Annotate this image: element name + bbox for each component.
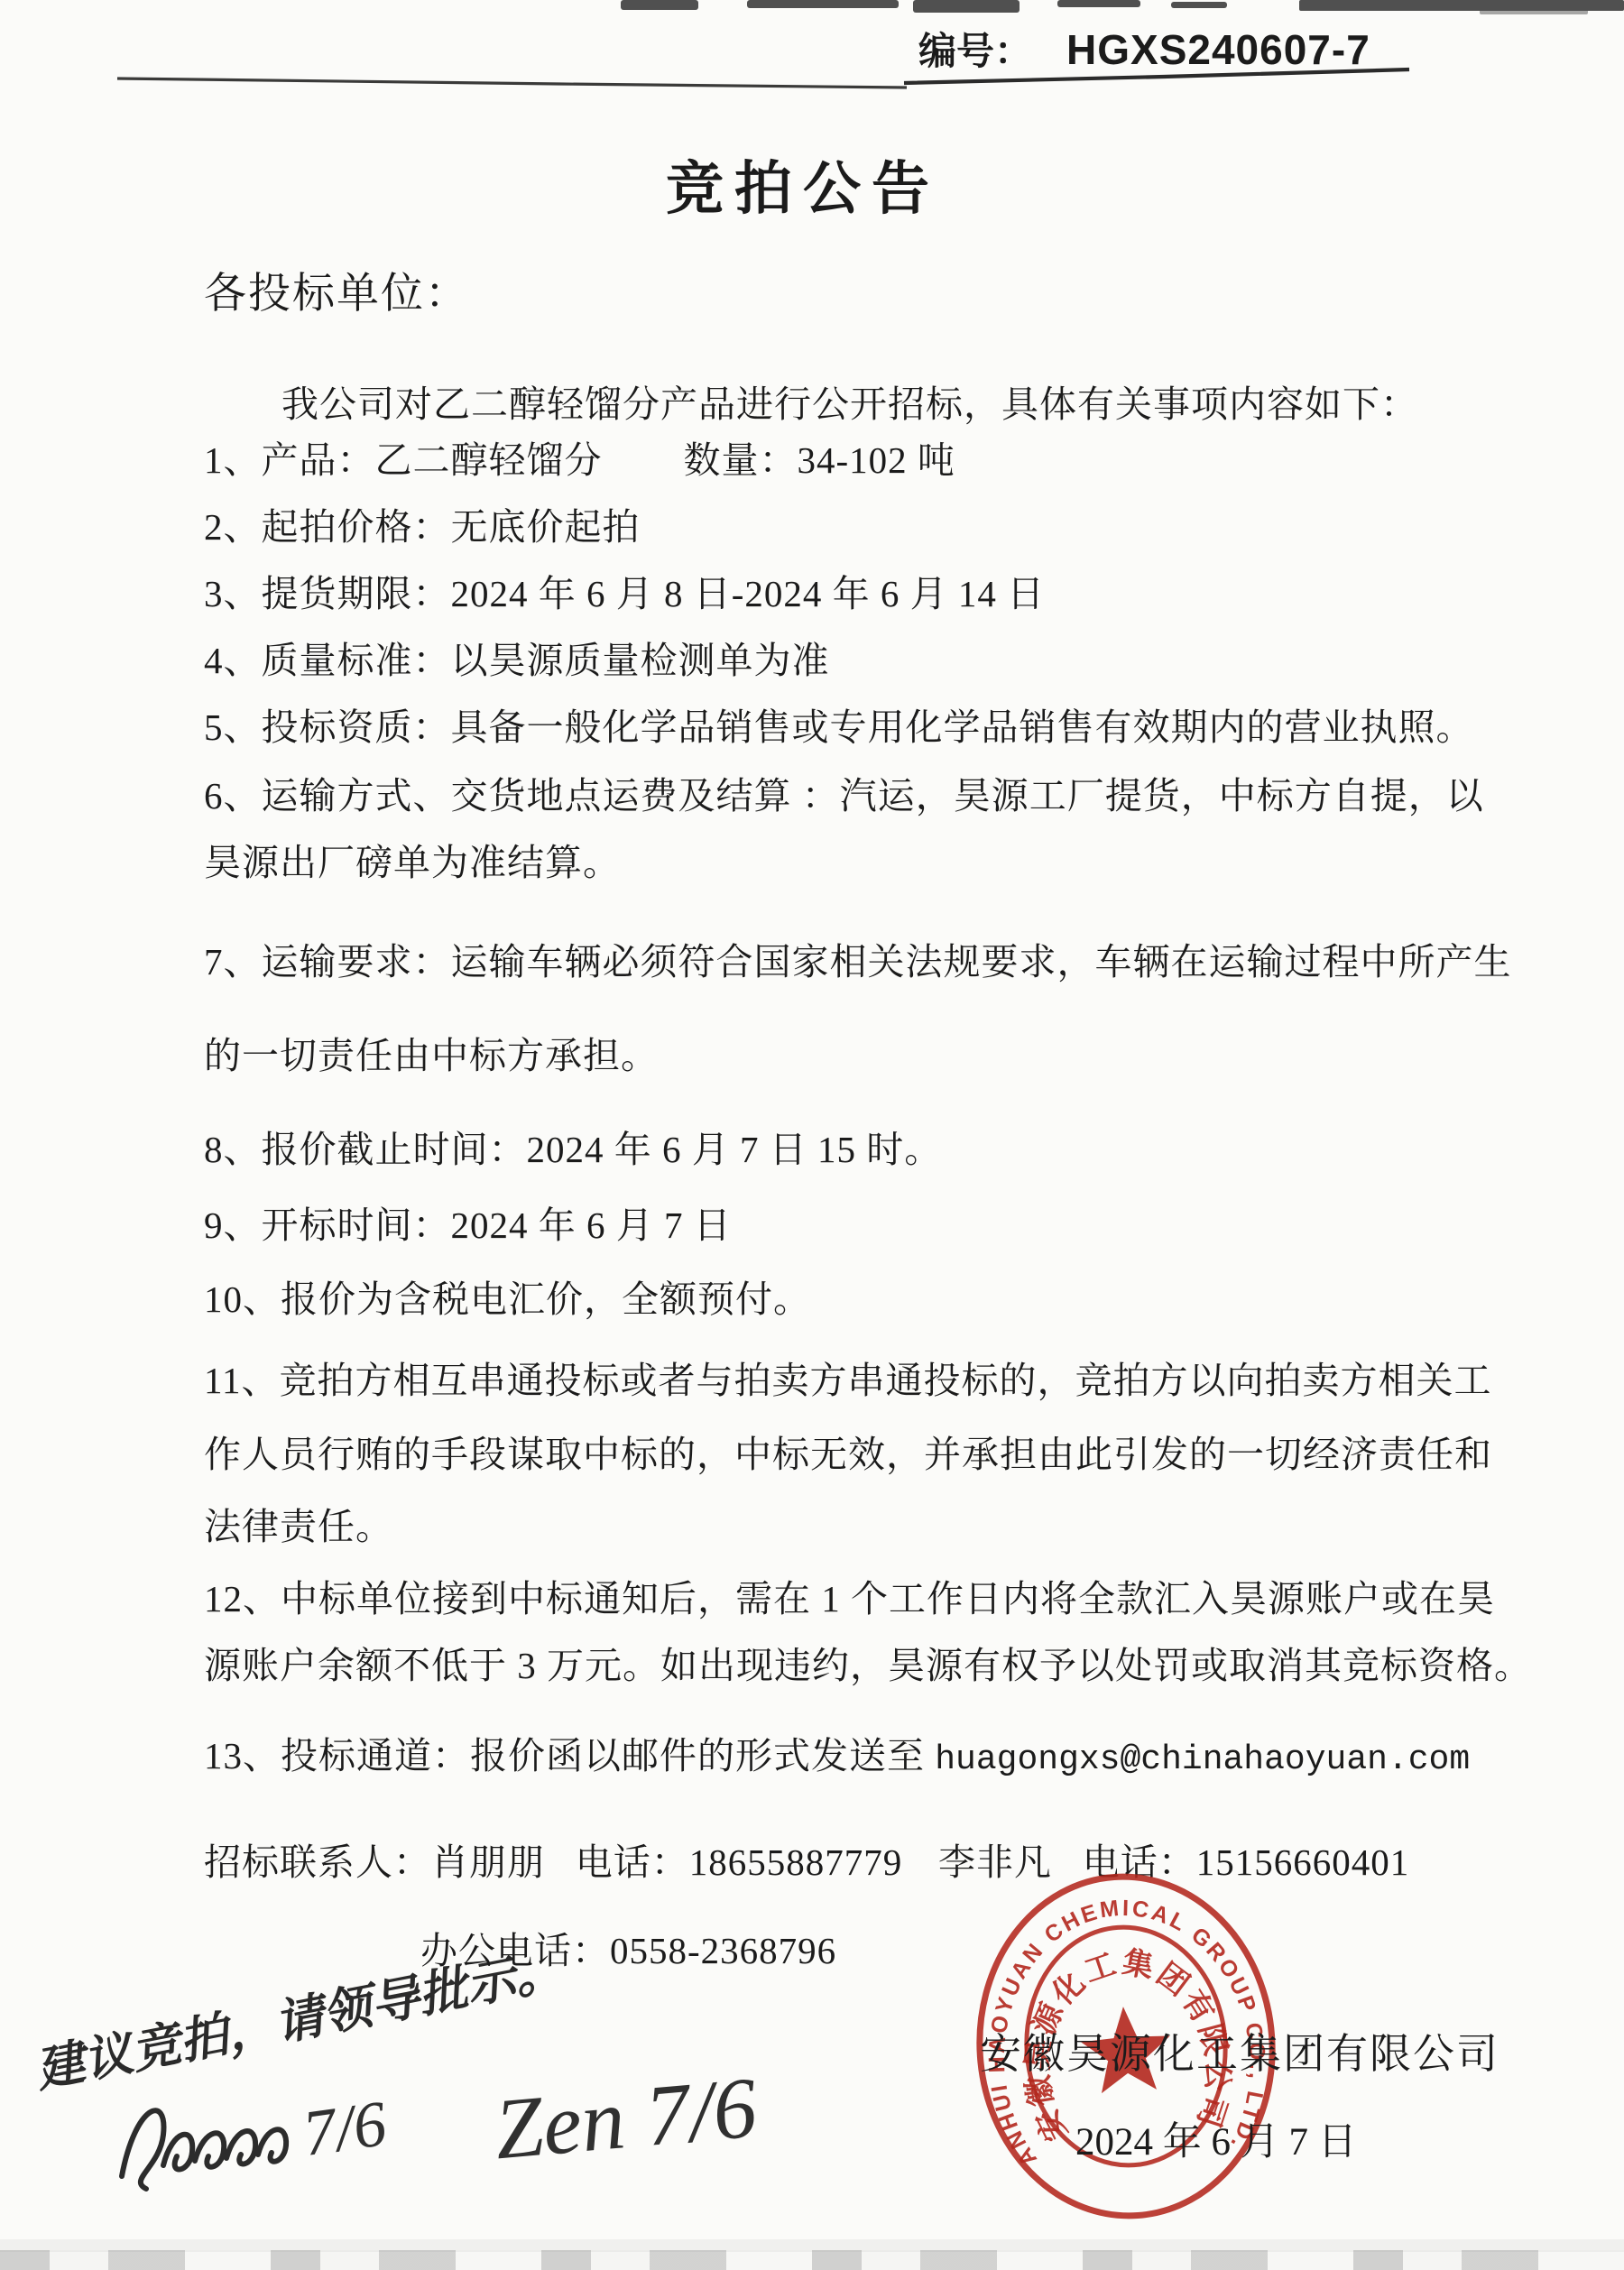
notice-item-11b: 作人员行贿的手段谋取中标的，中标无效，并承担由此引发的一切经济责任和 — [204, 1429, 1492, 1480]
notice-item-5: 5、投标资质：具备一般化学品销售或专用化学品销售有效期内的营业执照。 — [204, 702, 1474, 752]
notice-item-7b: 的一切责任由中标方承担。 — [204, 1030, 659, 1081]
notice-item-10: 10、报价为含税电汇价，全额预付。 — [204, 1274, 811, 1324]
signature-scribble — [122, 2110, 286, 2189]
doc-number-label: 编号： — [918, 30, 1032, 72]
notice-item-7: 7、运输要求：运输车辆必须符合国家相关法规要求，车辆在运输过程中所产生 — [204, 937, 1512, 987]
notice-item-9: 9、开标时间：2024 年 6 月 7 日 — [204, 1200, 732, 1250]
notice-item-2: 2、起拍价格：无底价起拍 — [204, 502, 641, 552]
handwritten-signature: Zen 7/6 — [491, 2057, 761, 2180]
bid-email: huagongxs@chinahaoyuan.com — [935, 1740, 1470, 1779]
issuer-company-name: 安徽昊源化工集团有限公司 — [980, 2021, 1499, 2081]
notice-item-13: 13、投标通道：报价函以邮件的形式发送至 huagongxs@chinahaoy… — [204, 1730, 1470, 1786]
notice-item-11c: 法律责任。 — [204, 1501, 393, 1552]
notice-item-6b: 昊源出厂磅单为准结算。 — [204, 837, 621, 888]
page-title: 竞拍公告 — [0, 143, 1606, 226]
doc-number: 编号：HGXS240607-7 — [918, 22, 1370, 76]
notice-item-8: 8、报价截止时间：2024 年 6 月 7 日 15 时。 — [204, 1124, 942, 1175]
notice-item-12b: 源账户余额不低于 3 万元。如出现违约，昊源有权予以处罚或取消其竞标资格。 — [204, 1640, 1532, 1691]
notice-item-6: 6、运输方式、交货地点运费及结算 ：汽运，昊源工厂提货，中标方自提，以 — [204, 771, 1484, 821]
issue-date: 2024 年 6 月 7 日 — [1075, 2111, 1357, 2166]
item-13-text: 13、投标通道：报价函以邮件的形式发送至 — [204, 1735, 935, 1776]
scan-edge-band — [0, 2250, 1624, 2270]
intro-paragraph: 我公司对乙二醇轻馏分产品进行公开招标，具体有关事项内容如下： — [281, 379, 1418, 429]
handwritten-approval-note: 建议竞拍，请领导批示。 — [29, 1931, 568, 2101]
notice-item-1: 1、产品：乙二醇轻馏分 数量：34-102 吨 — [204, 435, 955, 485]
salutation: 各投标单位： — [204, 269, 469, 319]
handwritten-date: 7/6 — [299, 2086, 392, 2172]
doc-number-value: HGXS240607-7 — [1066, 26, 1370, 73]
stray-scan-line — [117, 78, 907, 88]
contact-person-1: 招标联系人：肖朋朋 电话：18655887779 — [204, 1837, 902, 1887]
scan-smudge-top-edge — [621, 0, 1624, 14]
notice-item-11: 11、竞拍方相互串通投标或者与拍卖方串通投标的，竞拍方以向拍卖方相关工 — [204, 1355, 1491, 1406]
scanned-auction-notice-page: 编号：HGXS240607-7 竞拍公告 各投标单位： 我公司对乙二醇轻馏分产品… — [0, 0, 1624, 2270]
notice-item-4: 4、质量标准：以昊源质量检测单为准 — [204, 635, 830, 686]
notice-item-12: 12、中标单位接到中标通知后，需在 1 个工作日内将全款汇入昊源账户或在昊 — [204, 1573, 1495, 1624]
notice-item-3: 3、提货期限：2024 年 6 月 8 日-2024 年 6 月 14 日 — [204, 568, 1045, 619]
